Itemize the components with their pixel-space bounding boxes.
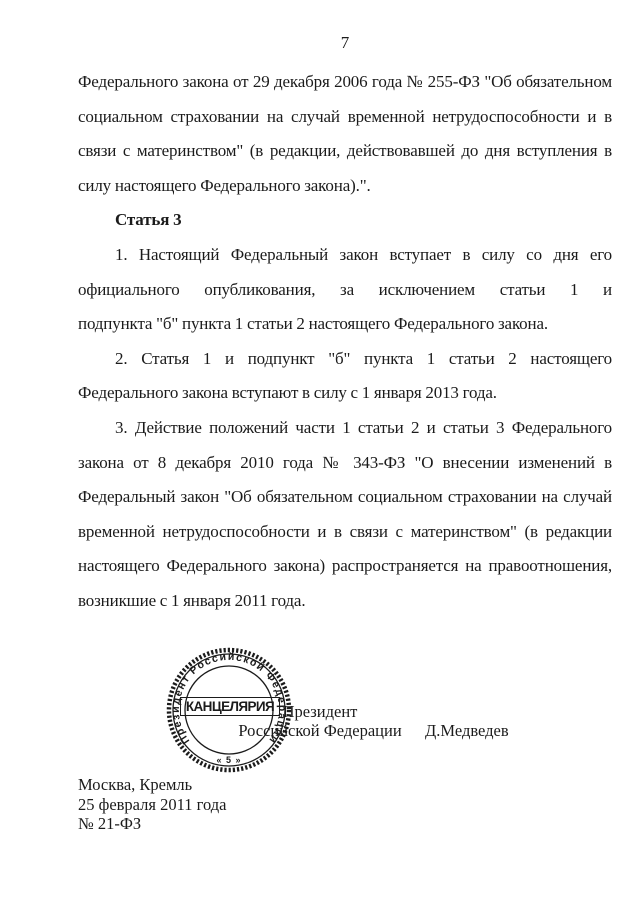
body-line: Федерального закона вступают в силу с 1 … bbox=[78, 376, 612, 411]
body-line: временной нетрудоспособности и в связи с… bbox=[78, 515, 612, 550]
body-line: связи с материнством" (в редакции, дейст… bbox=[78, 134, 612, 169]
article-heading: Статья 3 bbox=[78, 203, 612, 238]
body-line: возникшие с 1 января 2011 года. bbox=[78, 584, 612, 619]
document-page: 7 Федерального закона от 29 декабря 2006… bbox=[0, 0, 640, 905]
stamp-number: « 5 » bbox=[216, 755, 241, 765]
footer-doc-number: № 21-ФЗ bbox=[78, 814, 226, 834]
stamp-center-label: КАНЦЕЛЯРИЯ bbox=[180, 697, 280, 716]
body-line: Федерального закона от 29 декабря 2006 г… bbox=[78, 65, 612, 100]
body-line: настоящего Федерального закона) распрост… bbox=[78, 549, 612, 584]
body-line: подпункта "б" пункта 1 статьи 2 настояще… bbox=[78, 307, 612, 342]
page-number: 7 bbox=[78, 33, 612, 53]
body-line: социальном страховании на случай временн… bbox=[78, 100, 612, 135]
body-line: Федеральный закон "Об обязательном социа… bbox=[78, 480, 612, 515]
body-line: 1. Настоящий Федеральный закон вступает … bbox=[78, 238, 612, 273]
signee-name: Д.Медведев bbox=[425, 722, 509, 739]
footer-place: Москва, Кремль bbox=[78, 775, 226, 795]
footer-block: Москва, Кремль 25 февраля 2011 года № 21… bbox=[78, 775, 226, 834]
chancellery-stamp: Президент Российской Федерации « 5 » КАН… bbox=[163, 644, 295, 776]
footer-date: 25 февраля 2011 года bbox=[78, 795, 226, 815]
body-line: 3. Действие положений части 1 статьи 2 и… bbox=[78, 411, 612, 446]
document-body: Федерального закона от 29 декабря 2006 г… bbox=[78, 65, 612, 619]
body-line: закона от 8 декабря 2010 года № 343-ФЗ "… bbox=[78, 446, 612, 481]
body-line: силу настоящего Федерального закона).". bbox=[78, 169, 612, 204]
body-line: официального опубликования, за исключени… bbox=[78, 273, 612, 308]
body-line: 2. Статья 1 и подпункт "б" пункта 1 стат… bbox=[78, 342, 612, 377]
